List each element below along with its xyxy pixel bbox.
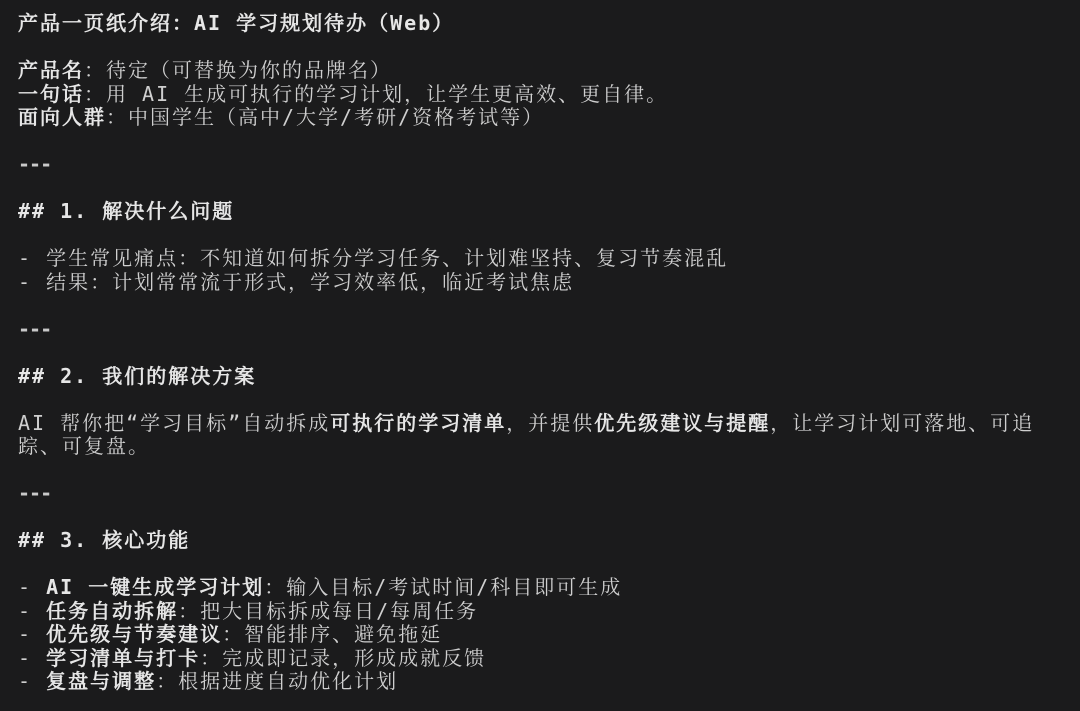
text: - — [18, 622, 46, 646]
bold-text: AI 一键生成学习计划 — [46, 575, 264, 599]
blank-line — [18, 506, 1066, 530]
text: ：输入目标/考试时间/科目即可生成 — [264, 575, 622, 599]
text: ：完成即记录，形成成就反馈 — [200, 646, 486, 670]
text: - — [18, 646, 46, 670]
blank-line — [18, 459, 1066, 483]
text: - 学生常见痛点：不知道如何拆分学习任务、计划难坚持、复习节奏混乱 — [18, 246, 728, 270]
bold-text: 产品一页纸介绍：AI 学习规划待办（Web） — [18, 11, 454, 35]
text: AI 帮你把“学习目标”自动拆成 — [18, 411, 330, 435]
text: ：根据进度自动优化计划 — [156, 669, 398, 693]
text: ：智能排序、避免拖延 — [222, 622, 442, 646]
bold-text: 复盘与调整 — [46, 669, 156, 693]
bold-text: 优先级与节奏建议 — [46, 622, 222, 646]
bold-text: ## 3. 核心功能 — [18, 528, 190, 552]
product-field-line: 产品名：待定（可替换为你的品牌名） — [18, 59, 1066, 83]
text: --- — [18, 317, 51, 341]
text: ，并提供 — [506, 411, 594, 435]
bold-text: ## 1. 解决什么问题 — [18, 199, 234, 223]
bullet-item: - 学生常见痛点：不知道如何拆分学习任务、计划难坚持、复习节奏混乱 — [18, 247, 1066, 271]
text: - — [18, 575, 46, 599]
text: - — [18, 669, 46, 693]
divider: --- — [18, 482, 1066, 506]
bullet-item: - AI 一键生成学习计划：输入目标/考试时间/科目即可生成 — [18, 576, 1066, 600]
text: --- — [18, 481, 51, 505]
section-heading: ## 3. 核心功能 — [18, 529, 1066, 553]
text: ：把大目标拆成每日/每周任务 — [178, 599, 478, 623]
text: ：待定（可替换为你的品牌名） — [84, 58, 392, 82]
solution-paragraph: AI 帮你把“学习目标”自动拆成可执行的学习清单，并提供优先级建议与提醒，让学习… — [18, 412, 1066, 459]
blank-line — [18, 553, 1066, 577]
bullet-item: - 结果：计划常常流于形式，学习效率低，临近考试焦虑 — [18, 271, 1066, 295]
bullet-item: - 学习清单与打卡：完成即记录，形成成就反馈 — [18, 647, 1066, 671]
bold-text: 任务自动拆解 — [46, 599, 178, 623]
blank-line — [18, 177, 1066, 201]
bold-text: ## 2. 我们的解决方案 — [18, 364, 256, 388]
document-text: 产品一页纸介绍：AI 学习规划待办（Web）产品名：待定（可替换为你的品牌名）一… — [18, 12, 1066, 694]
text: ：中国学生（高中/大学/考研/资格考试等） — [106, 105, 544, 129]
bold-text: 可执行的学习清单 — [330, 411, 506, 435]
blank-line — [18, 388, 1066, 412]
bold-text: 面向人群 — [18, 105, 106, 129]
bullet-item: - 复盘与调整：根据进度自动优化计划 — [18, 670, 1066, 694]
bold-text: 一句话 — [18, 82, 84, 106]
section-heading: ## 1. 解决什么问题 — [18, 200, 1066, 224]
bold-text: 学习清单与打卡 — [46, 646, 200, 670]
divider: --- — [18, 153, 1066, 177]
page-title: 产品一页纸介绍：AI 学习规划待办（Web） — [18, 12, 1066, 36]
text: - — [18, 599, 46, 623]
bullet-item: - 任务自动拆解：把大目标拆成每日/每周任务 — [18, 600, 1066, 624]
text: ：用 AI 生成可执行的学习计划，让学生更高效、更自律。 — [84, 82, 668, 106]
text: - 结果：计划常常流于形式，学习效率低，临近考试焦虑 — [18, 270, 574, 294]
document-page: 产品一页纸介绍：AI 学习规划待办（Web）产品名：待定（可替换为你的品牌名）一… — [0, 0, 1080, 711]
text: --- — [18, 152, 51, 176]
bullet-item: - 优先级与节奏建议：智能排序、避免拖延 — [18, 623, 1066, 647]
blank-line — [18, 341, 1066, 365]
blank-line — [18, 36, 1066, 60]
divider: --- — [18, 318, 1066, 342]
blank-line — [18, 294, 1066, 318]
blank-line — [18, 130, 1066, 154]
product-field-line: 一句话：用 AI 生成可执行的学习计划，让学生更高效、更自律。 — [18, 83, 1066, 107]
section-heading: ## 2. 我们的解决方案 — [18, 365, 1066, 389]
bold-text: 优先级建议与提醒 — [594, 411, 770, 435]
product-field-line: 面向人群：中国学生（高中/大学/考研/资格考试等） — [18, 106, 1066, 130]
bold-text: 产品名 — [18, 58, 84, 82]
blank-line — [18, 224, 1066, 248]
